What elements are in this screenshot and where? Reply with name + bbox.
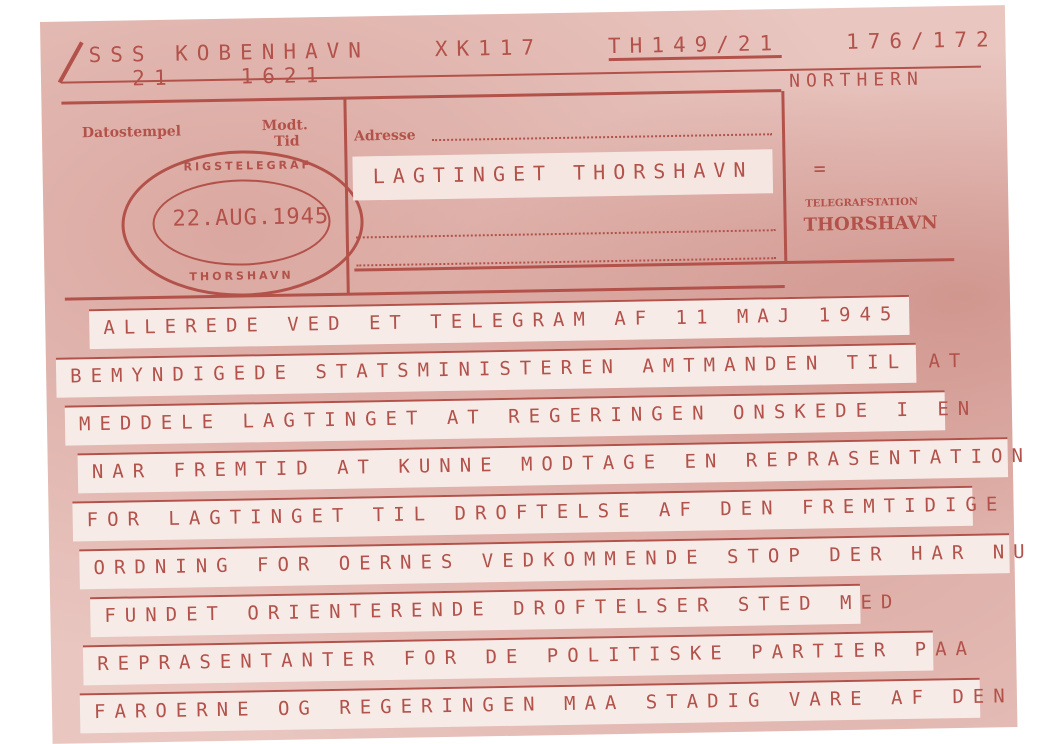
message-line-text: BEMYNDIGEDE STATSMINISTEREN AMTMANDEN TI… xyxy=(70,350,970,388)
rule xyxy=(61,89,781,105)
stamp-ring-top: RIGSTELEGRAF xyxy=(183,158,312,173)
telegram-form: SSS KOBENHAVN XK117 TH149/21 176/172 21 … xyxy=(40,5,1017,744)
received-time-label: Tid xyxy=(274,133,300,149)
origin: SSS KOBENHAVN xyxy=(88,38,370,67)
message-line: MEDDELE LAGTINGET AT REGERINGEN ONSKEDE … xyxy=(65,390,946,445)
message-body: ALLEREDE VED ET TELEGRAM AF 11 MAJ 1945B… xyxy=(40,5,1005,22)
message-line: ORDNING FOR OERNES VEDKOMMENDE STOP DER … xyxy=(79,533,1010,589)
message-line-text: MEDDELE LAGTINGET AT REGERINGEN ONSKEDE … xyxy=(79,398,979,436)
message-line: FAROERNE OG REGERINGEN MAA STADIG VARE A… xyxy=(80,678,981,734)
message-line-text: ORDNING FOR OERNES VEDKOMMENDE STOP DER … xyxy=(93,541,1033,579)
date-stamp: RIGSTELEGRAF 22.AUG.1945 THORSHAVN xyxy=(120,148,365,298)
message-line: NAR FREMTID AT KUNNE MODTAGE EN REPRASEN… xyxy=(78,437,1009,493)
received-label: Modt. xyxy=(262,117,308,134)
stamp-ring-bottom: THORSHAVN xyxy=(189,269,293,284)
station-label: TELEGRAFSTATION xyxy=(805,197,918,210)
slash-mark xyxy=(58,41,84,83)
message-line: BEMYNDIGEDE STATSMINISTEREN AMTMANDEN TI… xyxy=(56,343,917,398)
telegram-number: TH149/21 xyxy=(608,31,782,61)
message-line-text: FUNDET ORIENTERENDE DROFTELSER STED MED xyxy=(104,591,901,627)
message-line-text: ALLEREDE VED ET TELEGRAM AF 11 MAJ 1945 xyxy=(103,303,900,339)
message-line: FUNDET ORIENTERENDE DROFTELSER STED MED xyxy=(90,584,861,637)
word-count: 176/172 xyxy=(846,27,998,54)
date-stamp-label: Datostempel xyxy=(82,124,181,142)
end-mark: = xyxy=(813,156,833,180)
day: 21 xyxy=(132,66,176,91)
address-label: Adresse xyxy=(354,127,416,144)
message-line: REPRASENTANTER FOR DE POLITISKE PARTIER … xyxy=(83,631,934,686)
stamp-date: 22.AUG.1945 xyxy=(172,204,329,232)
code: XK117 xyxy=(435,35,544,61)
message-line-text: FAROERNE OG REGERINGEN MAA STADIG VARE A… xyxy=(94,685,1014,723)
message-line: ALLEREDE VED ET TELEGRAM AF 11 MAJ 1945 xyxy=(89,295,910,349)
time: 1621 xyxy=(240,63,327,89)
route-label: NORTHERN xyxy=(789,69,924,92)
message-line: FOR LAGTINGET TIL DROFTELSE AF DEN FREMT… xyxy=(72,486,973,542)
message-line-text: REPRASENTANTER FOR DE POLITISKE PARTIER … xyxy=(97,638,976,675)
message-line-text: FOR LAGTINGET TIL DROFTELSE AF DEN FREMT… xyxy=(87,493,1007,531)
station-city: THORSHAVN xyxy=(803,212,937,235)
message-line-text: NAR FREMTID AT KUNNE MODTAGE EN REPRASEN… xyxy=(92,445,1032,483)
